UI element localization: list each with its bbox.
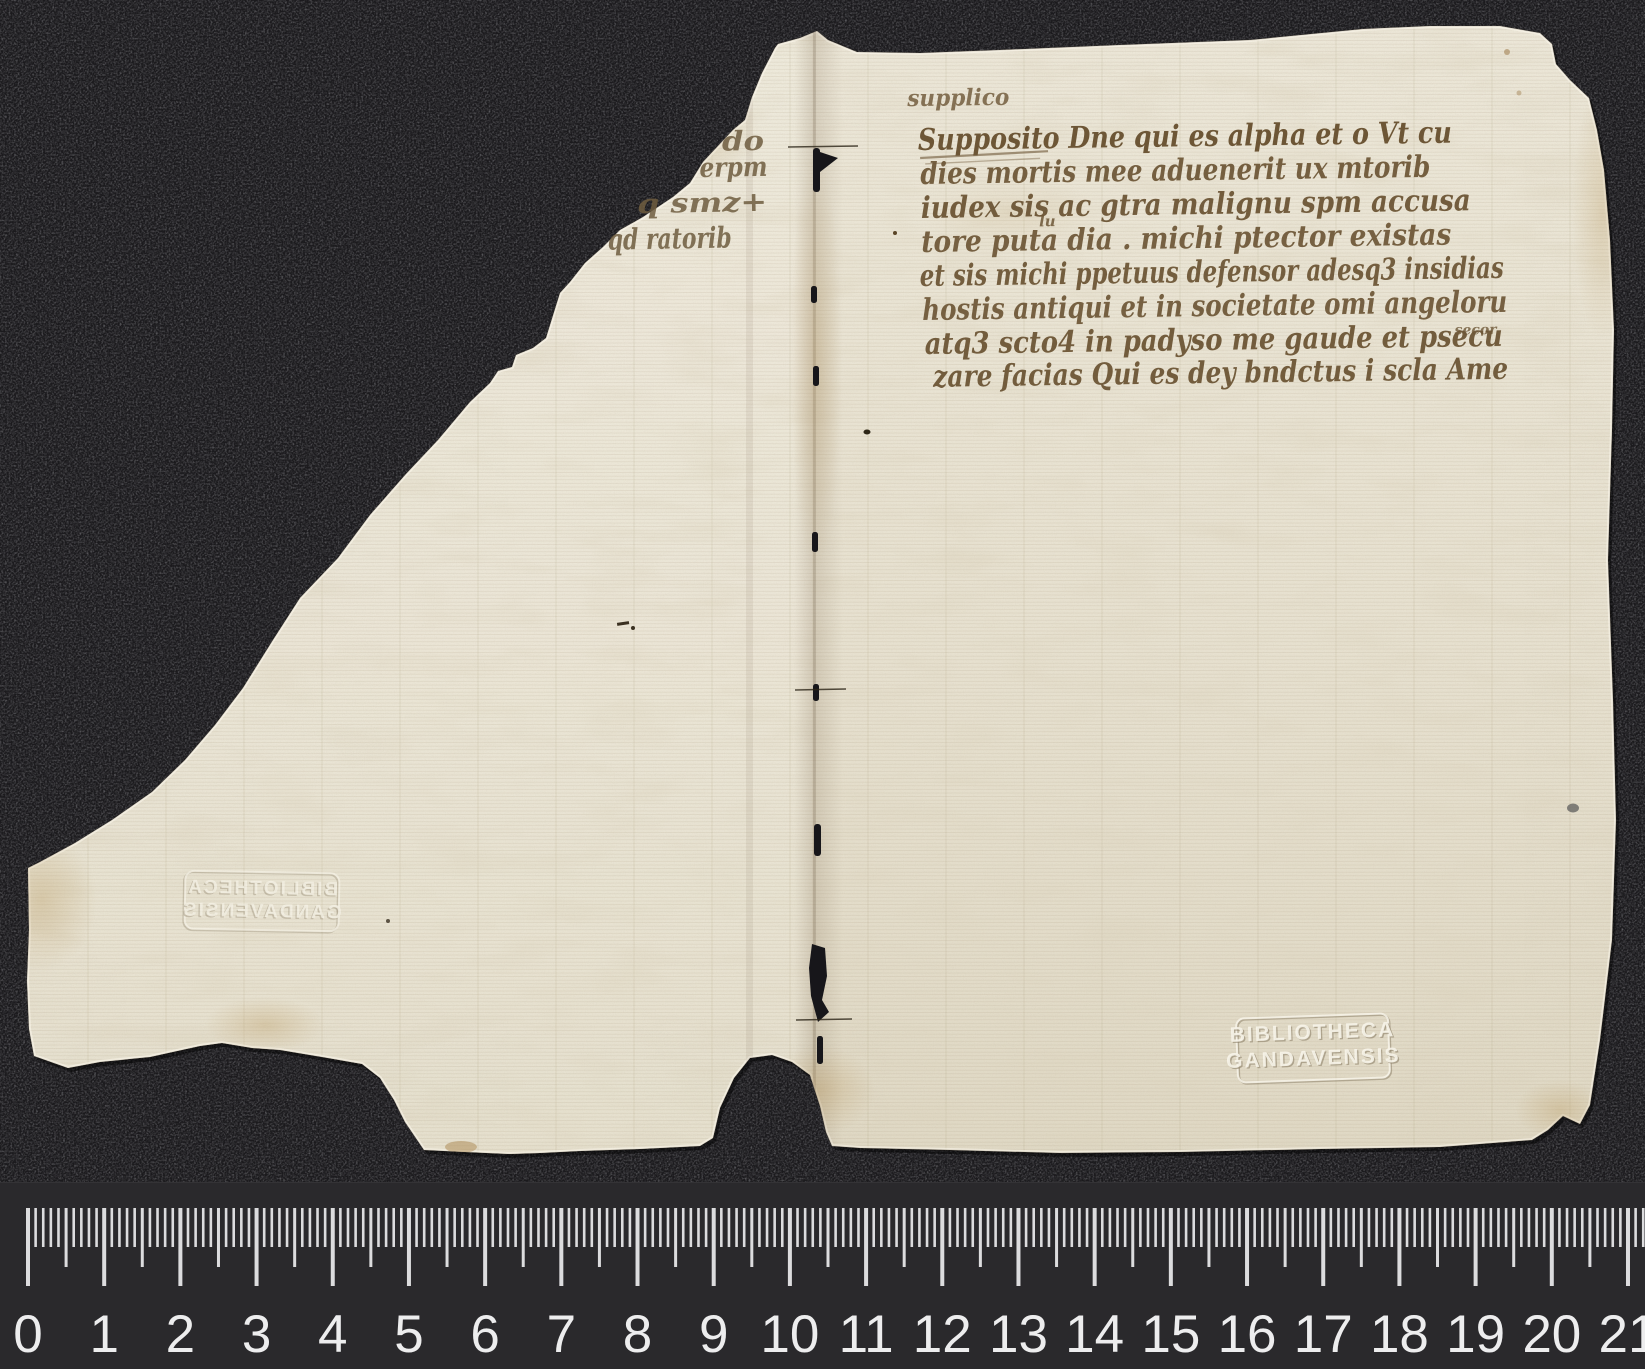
ruler-label: 4 bbox=[318, 1305, 347, 1364]
manuscript-line: erpm bbox=[699, 152, 768, 184]
ruler-label: 17 bbox=[1294, 1305, 1353, 1364]
superscript-abbreviation: lu bbox=[1039, 212, 1056, 230]
ruler-label: 7 bbox=[547, 1305, 576, 1364]
manuscript-line: qd ratorib bbox=[607, 220, 732, 256]
ruler-label: 19 bbox=[1446, 1305, 1505, 1364]
stamp-text: BIBLIOTHECA bbox=[186, 877, 338, 901]
ruler-scale: 0123456789101112131415161718192021 bbox=[0, 1182, 1645, 1369]
header-word: supplico bbox=[906, 84, 1009, 112]
stamp-text: GANDAVENSIS bbox=[182, 900, 342, 924]
stain bbox=[790, 150, 842, 570]
ruler-label: 3 bbox=[242, 1305, 271, 1364]
ruler-label: 6 bbox=[470, 1305, 499, 1364]
right-page-text: supplico Supposito Dne qui es alpha et o… bbox=[906, 77, 1508, 395]
ruler-label: 9 bbox=[699, 1305, 728, 1364]
ruler-label: 11 bbox=[839, 1305, 894, 1364]
manuscript-scan-photo: do erpm q smz+ qd ratorib supplico Suppo… bbox=[0, 0, 1645, 1369]
manuscript-line: q smz+ bbox=[637, 187, 768, 220]
ruler-label: 14 bbox=[1065, 1305, 1124, 1364]
ruler-label: 1 bbox=[89, 1305, 118, 1364]
ruler-label: 18 bbox=[1370, 1305, 1429, 1364]
ruler-label: 21 bbox=[1599, 1305, 1645, 1364]
ruler-label: 13 bbox=[989, 1305, 1048, 1364]
ruler-label: 5 bbox=[394, 1305, 423, 1364]
stain bbox=[445, 1141, 477, 1153]
ruler-label: 12 bbox=[913, 1305, 972, 1364]
ruler-label: 16 bbox=[1218, 1305, 1277, 1364]
ruler-label: 2 bbox=[166, 1305, 195, 1364]
ruler-label: 8 bbox=[623, 1305, 652, 1364]
ruler-label: 0 bbox=[13, 1305, 42, 1364]
ruler-label: 10 bbox=[760, 1305, 819, 1364]
interline-note: secor bbox=[1454, 322, 1498, 339]
left-leaf-crease bbox=[746, 60, 753, 1140]
ruler-label: 15 bbox=[1141, 1305, 1200, 1364]
ruler-label: 20 bbox=[1522, 1305, 1581, 1364]
